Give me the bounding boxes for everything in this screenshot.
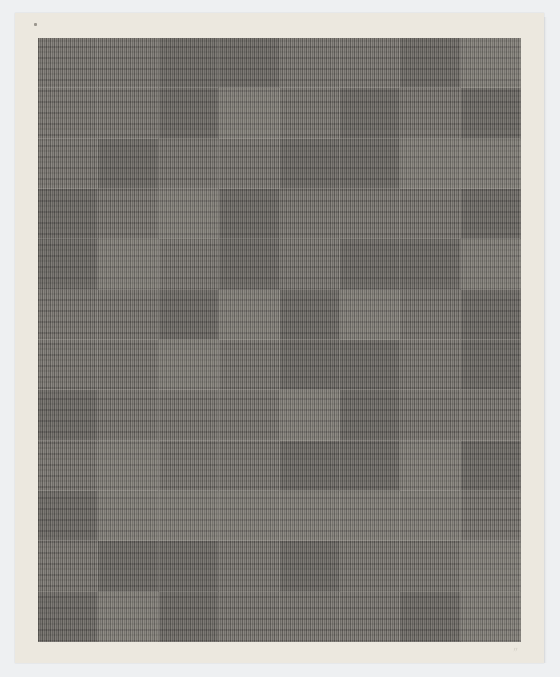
drawing-grid-cell: [461, 239, 521, 289]
drawing-grid-cell: [340, 139, 400, 189]
drawing-grid-cell: [280, 441, 340, 491]
drawing-grid-cell: [159, 139, 219, 189]
drawing-grid-cell: [98, 88, 158, 138]
drawing-grid-cell: [400, 88, 460, 138]
drawing-grid-cell: [98, 491, 158, 541]
drawing-grid-cell: [400, 189, 460, 239]
drawing-grid-cell: [400, 290, 460, 340]
drawing-grid-cell: [340, 390, 400, 440]
pencil-mark: [34, 23, 37, 26]
drawing-grid-cell: [461, 491, 521, 541]
drawing-grid-cell: [219, 340, 279, 390]
drawing-grid-cell: [280, 541, 340, 591]
artwork-canvas: 〃: [0, 0, 560, 677]
drawing-grid-cell: [98, 592, 158, 642]
drawing-grid-cell: [38, 340, 98, 390]
drawing-grid-cell: [461, 390, 521, 440]
drawing-grid-cell: [280, 592, 340, 642]
drawing-grid-cell: [461, 38, 521, 88]
drawing-grid-cell: [280, 340, 340, 390]
drawing-grid-cell: [98, 189, 158, 239]
paper-shadow: [544, 17, 547, 663]
drawing-grid-cell: [461, 290, 521, 340]
drawing-grid-cell: [98, 441, 158, 491]
drawing-grid-cell: [340, 239, 400, 289]
drawing-grid-cell: [400, 441, 460, 491]
drawing-grid-cell: [340, 38, 400, 88]
drawing-grid-cell: [219, 38, 279, 88]
drawing-grid-cell: [340, 88, 400, 138]
drawing-grid-cell: [400, 592, 460, 642]
drawing-grid-cell: [98, 390, 158, 440]
drawing-grid-cell: [159, 541, 219, 591]
drawing-grid-cell: [159, 290, 219, 340]
drawing-grid-cell: [159, 38, 219, 88]
drawing-grid-cell: [38, 290, 98, 340]
drawing-grid-cell: [400, 491, 460, 541]
signature-mark: 〃: [512, 645, 519, 655]
drawing-grid-cell: [280, 88, 340, 138]
drawing-grid-cell: [340, 189, 400, 239]
drawing-grid-cell: [400, 139, 460, 189]
paper-sheet: 〃: [15, 13, 544, 663]
drawing-grid-cell: [38, 139, 98, 189]
drawing-grid-cell: [461, 441, 521, 491]
drawing-grid-cell: [98, 290, 158, 340]
drawing-grid-cell: [280, 189, 340, 239]
drawing-grid-cell: [219, 139, 279, 189]
drawing-grid-cell: [159, 189, 219, 239]
drawing-grid-cell: [400, 390, 460, 440]
drawing-grid-cell: [400, 38, 460, 88]
drawing-grid-cell: [38, 541, 98, 591]
drawing-grid-cell: [219, 592, 279, 642]
drawing-grid-cell: [340, 290, 400, 340]
drawing-grid-cell: [38, 189, 98, 239]
drawing-grid-cell: [219, 541, 279, 591]
drawing-grid-cell: [340, 592, 400, 642]
drawing-grid-cell: [159, 592, 219, 642]
drawing-grid-cell: [38, 38, 98, 88]
graphite-drawing-field: [38, 38, 521, 642]
drawing-grid-cell: [461, 139, 521, 189]
drawing-grid-cell: [98, 38, 158, 88]
drawing-grid-cell: [219, 189, 279, 239]
drawing-grid: [38, 38, 521, 642]
drawing-grid-cell: [38, 239, 98, 289]
drawing-grid-cell: [400, 340, 460, 390]
drawing-grid-cell: [38, 88, 98, 138]
drawing-grid-cell: [340, 340, 400, 390]
drawing-grid-cell: [159, 441, 219, 491]
drawing-grid-cell: [340, 491, 400, 541]
drawing-grid-cell: [340, 541, 400, 591]
drawing-grid-cell: [280, 239, 340, 289]
drawing-grid-cell: [461, 88, 521, 138]
drawing-grid-cell: [38, 592, 98, 642]
drawing-grid-cell: [280, 491, 340, 541]
drawing-grid-cell: [461, 592, 521, 642]
drawing-grid-cell: [400, 541, 460, 591]
drawing-grid-cell: [159, 491, 219, 541]
drawing-grid-cell: [461, 541, 521, 591]
drawing-grid-cell: [159, 239, 219, 289]
drawing-grid-cell: [280, 390, 340, 440]
drawing-grid-cell: [219, 491, 279, 541]
drawing-grid-cell: [98, 340, 158, 390]
drawing-grid-cell: [98, 139, 158, 189]
drawing-grid-cell: [400, 239, 460, 289]
drawing-grid-cell: [38, 491, 98, 541]
drawing-grid-cell: [280, 139, 340, 189]
drawing-grid-cell: [280, 290, 340, 340]
drawing-grid-cell: [159, 88, 219, 138]
drawing-grid-cell: [219, 239, 279, 289]
drawing-grid-cell: [159, 390, 219, 440]
drawing-grid-cell: [219, 390, 279, 440]
drawing-grid-cell: [159, 340, 219, 390]
drawing-grid-cell: [98, 541, 158, 591]
drawing-grid-cell: [98, 239, 158, 289]
drawing-grid-cell: [461, 340, 521, 390]
drawing-grid-cell: [461, 189, 521, 239]
drawing-grid-cell: [38, 390, 98, 440]
drawing-grid-cell: [38, 441, 98, 491]
drawing-grid-cell: [219, 88, 279, 138]
drawing-grid-cell: [340, 441, 400, 491]
drawing-grid-cell: [280, 38, 340, 88]
drawing-grid-cell: [219, 290, 279, 340]
drawing-grid-cell: [219, 441, 279, 491]
